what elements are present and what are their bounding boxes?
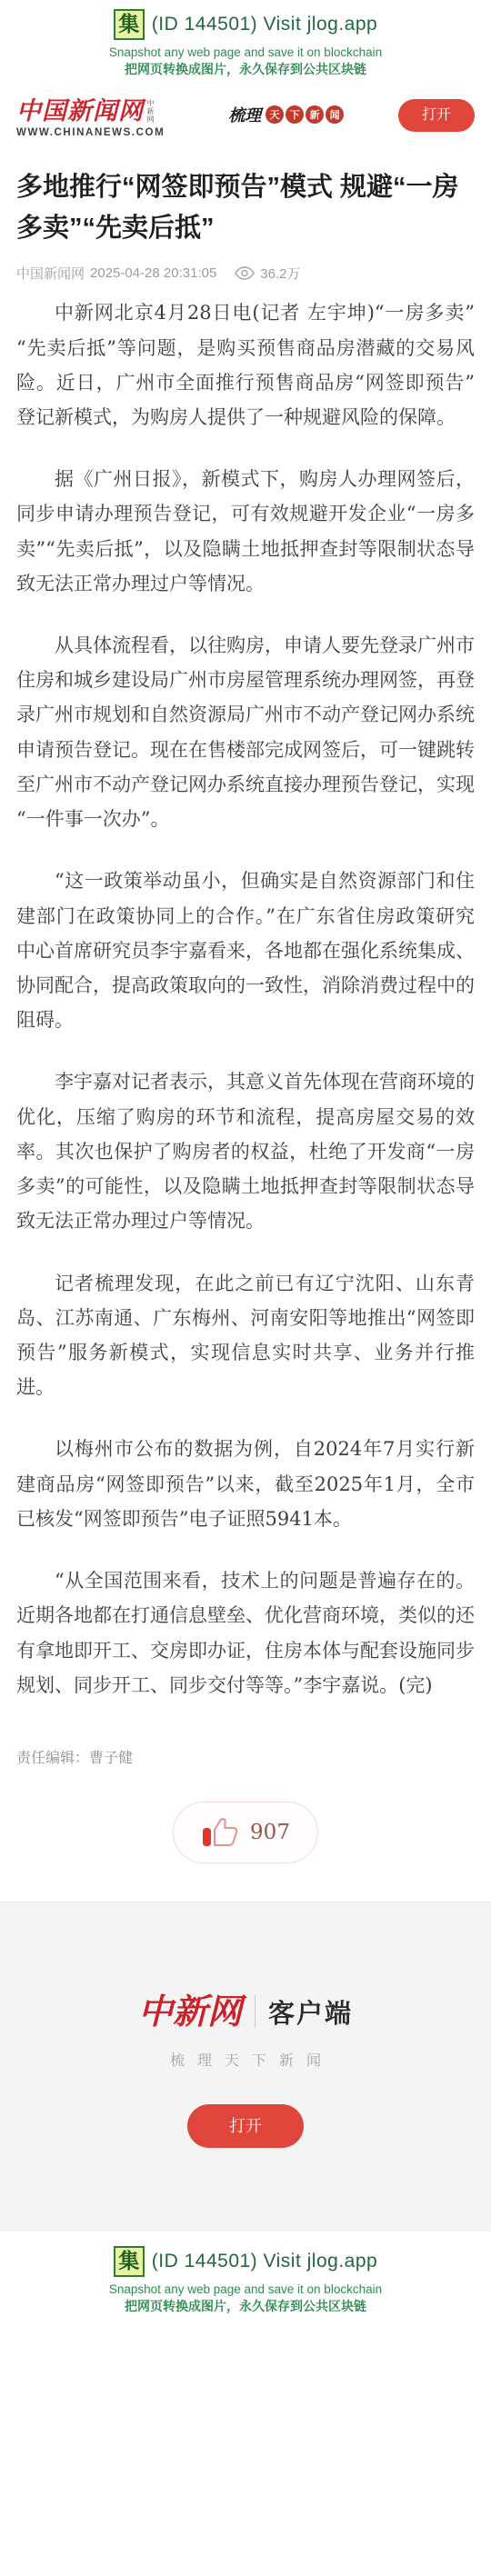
article-title: 多地推行“网签即预告”模式 规避“一房多卖”“先卖后抵” <box>16 167 475 249</box>
article-paragraph: 李宇嘉对记者表示，其意义首先体现在营商环境的优化，压缩了购房的环节和流程，提高房… <box>16 1064 475 1238</box>
footer-slogan: 梳理天下新闻 <box>0 2049 491 2070</box>
footer-logo-row: 中新网 客户端 <box>138 1993 353 2031</box>
footer-open-app-button[interactable]: 打开 <box>187 2104 304 2148</box>
slogan-seal-icon: 新 <box>306 105 324 124</box>
slogan-seal-icon: 天 <box>266 105 284 124</box>
article-meta: 中国新闻网 2025-04-28 20:31:05 36.2万 <box>16 264 475 283</box>
article-body: 中新网北京4月28日电(记者 左宇坤)“一房多卖”“先卖后抵”等问题，是购买预售… <box>16 295 475 1702</box>
view-count: 36.2万 <box>260 264 300 283</box>
article: 多地推行“网签即预告”模式 规避“一房多卖”“先卖后抵” 中国新闻网 2025-… <box>0 167 491 1863</box>
ji-snapshot-icon: 集 <box>114 9 145 40</box>
like-count: 907 <box>250 1821 290 1844</box>
promo-banner-top: 集 (ID 144501) Visit jlog.app Snapshot an… <box>0 0 491 85</box>
ji-snapshot-icon: 集 <box>114 2246 145 2277</box>
logo-domain-text: WWW.CHINANEWS.COM <box>16 127 165 138</box>
logo-vertical-text: 中新网 <box>146 99 154 124</box>
article-paragraph: 中新网北京4月28日电(记者 左宇坤)“一房多卖”“先卖后抵”等问题，是购买预售… <box>16 295 475 434</box>
app-footer: 中新网 客户端 梳理天下新闻 打开 <box>0 1902 491 2232</box>
article-source: 中国新闻网 <box>16 264 85 283</box>
promo-subtitle-zh: 把网页转换成图片，永久保存到公共区块链 <box>0 61 491 77</box>
promo-banner-link[interactable]: (ID 144501) Visit jlog.app <box>152 2251 377 2272</box>
logo-calligraphy-text: 中国新闻网 <box>16 99 144 124</box>
promo-subtitle-en: Snapshot any web page and save it on blo… <box>0 2281 491 2298</box>
article-paragraph: 以梅州市公布的数据为例，自2024年7月实行新建商品房“网签即预告”以来，截至2… <box>16 1432 475 1536</box>
chinanews-logo[interactable]: 中国新闻网 中新网 WWW.CHINANEWS.COM <box>16 99 165 138</box>
footer-client-label: 客户端 <box>268 1993 353 2031</box>
slogan-seal-icon: 闻 <box>326 105 344 124</box>
like-row: 907 <box>16 1802 475 1863</box>
article-published: 2025-04-28 20:31:05 <box>90 265 216 281</box>
site-header: 中国新闻网 中新网 WWW.CHINANEWS.COM 梳理 天 下 新 闻 打… <box>0 85 491 145</box>
footer-divider <box>255 1995 256 2028</box>
promo-banner-bottom: 集 (ID 144501) Visit jlog.app Snapshot an… <box>0 2232 491 2325</box>
slogan-seal-icon: 下 <box>286 105 304 124</box>
article-paragraph: 记者梳理发现，在此之前已有辽宁沈阳、山东青岛、江苏南通、广东梅州、河南安阳等地推… <box>16 1266 475 1405</box>
open-app-button[interactable]: 打开 <box>398 99 475 132</box>
footer-chinanews-logo: 中新网 <box>138 1994 242 2029</box>
article-paragraph: “这一政策举动虽小，但确实是自然资源部门和住建部门在政策协同上的合作。”在广东省… <box>16 864 475 1037</box>
header-slogan: 梳理 天 下 新 闻 <box>228 103 344 126</box>
promo-banner-link[interactable]: (ID 144501) Visit jlog.app <box>152 14 377 35</box>
article-paragraph: 据《广州日报》，新模式下，购房人办理网签后，同步申请办理预告登记，可有效规避开发… <box>16 462 475 601</box>
thumbs-up-icon <box>201 1816 239 1849</box>
promo-subtitle-en: Snapshot any web page and save it on blo… <box>0 45 491 61</box>
promo-subtitle-zh: 把网页转换成图片，永久保存到公共区块链 <box>0 2298 491 2314</box>
article-paragraph: “从全国范围来看，技术上的问题是普遍存在的。近期各地都在打通信息壁垒、优化营商环… <box>16 1563 475 1702</box>
editor-credit: 责任编辑：曹子健 <box>16 1746 475 1767</box>
like-button[interactable]: 907 <box>173 1802 318 1863</box>
article-paragraph: 从具体流程看，以往购房，申请人要先登录广州市住房和城乡建设局广州市房屋管理系统办… <box>16 628 475 836</box>
slogan-prefix-text: 梳理 <box>228 103 261 126</box>
eye-views-icon <box>235 266 255 280</box>
